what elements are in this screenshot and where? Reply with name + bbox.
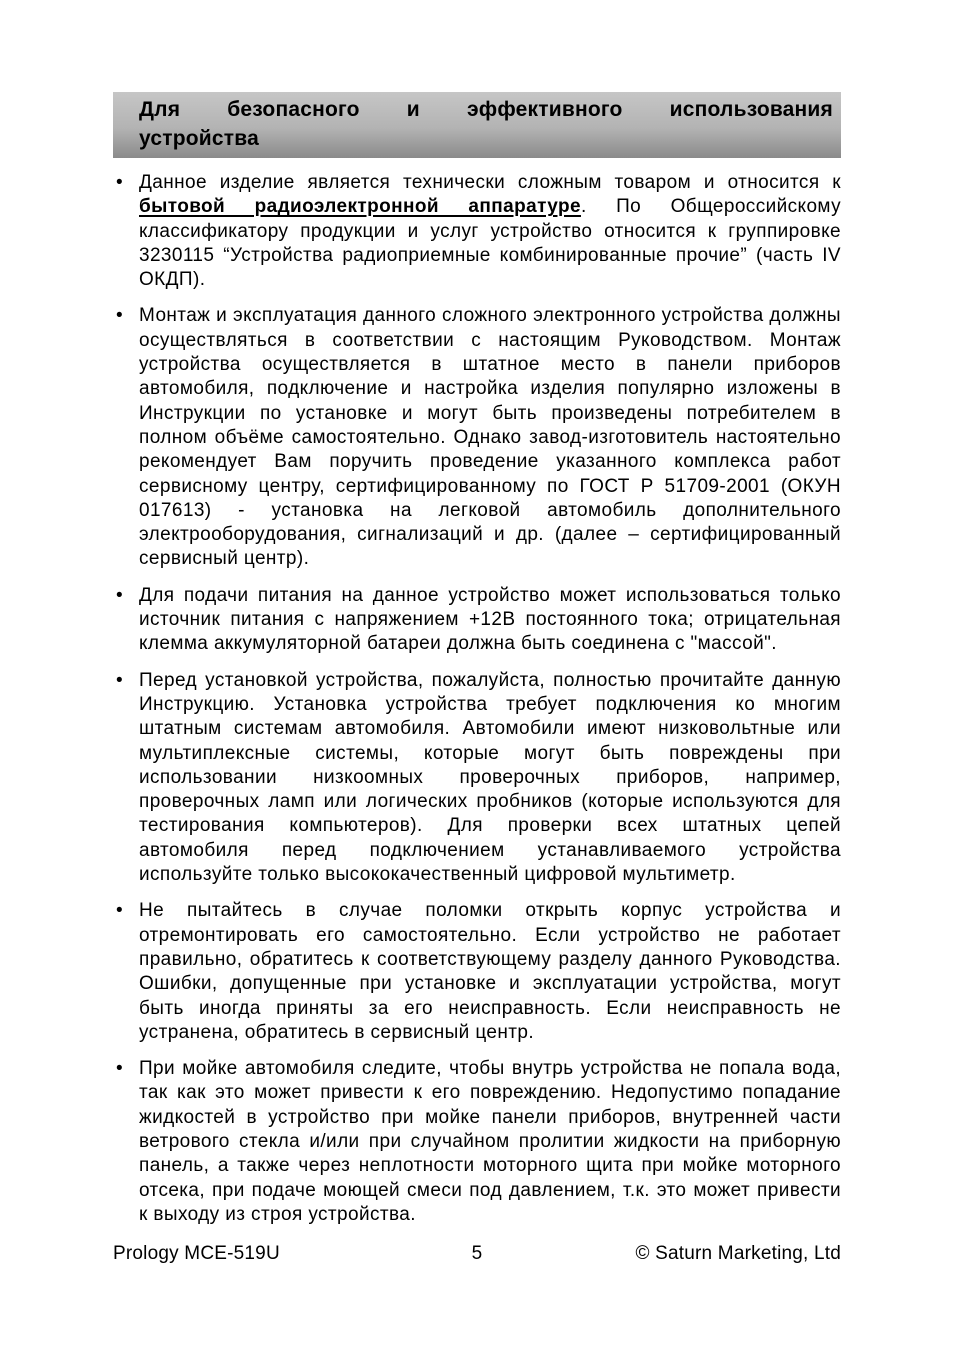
- list-item-product-classification: Данное изделие является технически сложн…: [113, 171, 841, 292]
- list-item-power-supply: Для подачи питания на данное устройство …: [113, 584, 841, 657]
- page-content: Для безопасного и эффективного использов…: [113, 92, 841, 1239]
- bullet-text-emphasis: бытовой радиоэлектронной аппаратуре: [139, 196, 581, 217]
- list-item-do-not-open: Не пытайтесь в случае поломки открыть ко…: [113, 899, 841, 1045]
- footer-copyright: © Saturn Marketing, Ltd: [482, 1243, 841, 1265]
- safety-notes-list: Данное изделие является технически сложн…: [113, 171, 841, 1227]
- section-header: Для безопасного и эффективного использов…: [113, 92, 841, 158]
- section-title-line1: Для безопасного и эффективного использов…: [139, 95, 833, 124]
- section-title-line2: устройства: [139, 124, 833, 153]
- list-item-water-warning: При мойке автомобиля следите, чтобы внут…: [113, 1057, 841, 1227]
- bullet-text: Данное изделие является технически сложн…: [139, 172, 841, 193]
- page-footer: Prology MCE-519U 5 © Saturn Marketing, L…: [113, 1243, 841, 1265]
- footer-page-number: 5: [472, 1243, 483, 1265]
- list-item-read-instructions: Перед установкой устройства, пожалуйста,…: [113, 669, 841, 888]
- list-item-installation: Монтаж и эксплуатация данного сложного э…: [113, 304, 841, 571]
- manual-page: Для безопасного и эффективного использов…: [0, 0, 955, 1354]
- footer-model-name: Prology MCE-519U: [113, 1243, 472, 1265]
